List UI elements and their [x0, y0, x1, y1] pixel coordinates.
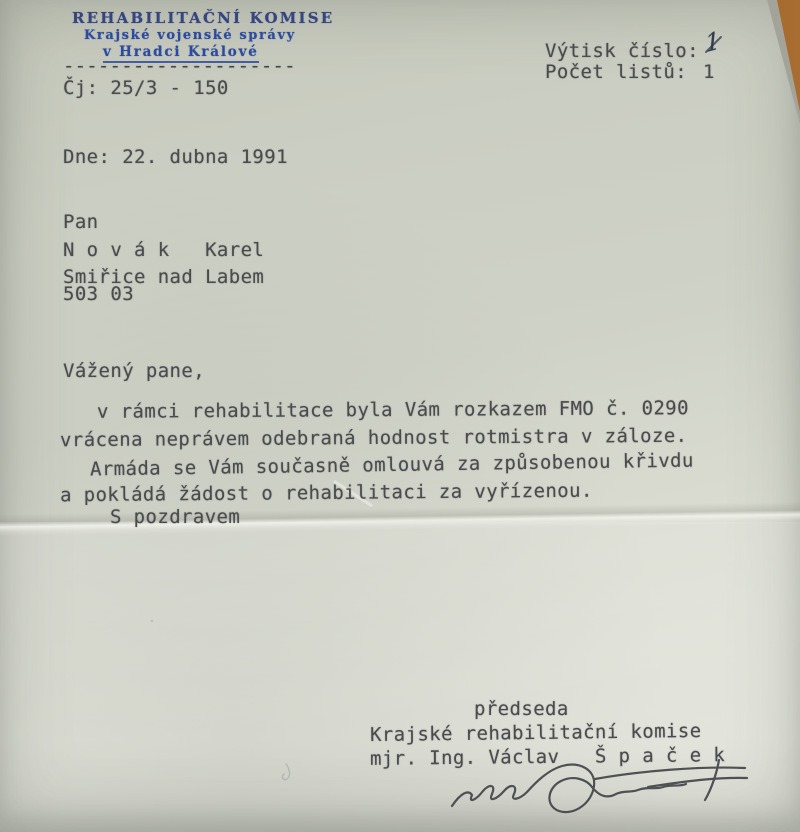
body-line: Armáda se Vám současně omlouvá za způsob… — [90, 450, 694, 481]
recipient-title: Pan — [63, 211, 99, 233]
date-line: Dne: 22. dubna 1991 — [63, 146, 288, 168]
closing-phrase: S pozdravem — [110, 506, 240, 528]
stamp-org-unit: Krajské vojenské správy — [84, 28, 296, 43]
signer-title: předseda — [474, 698, 569, 720]
paper-speck — [151, 620, 153, 622]
sheet-count-value: 1 — [703, 61, 715, 83]
recipient-postal-code: 503 03 — [63, 283, 134, 305]
salutation: Vážený pane, — [63, 360, 205, 382]
below-fold-lighting — [0, 522, 800, 832]
pencil-mark-icon — [283, 764, 290, 780]
body-line: v rámci rehabilitace byla Vám rozkazem F… — [97, 397, 689, 423]
copy-number-value-handwritten: 1 — [704, 29, 721, 55]
signer-name: mjr. Ing. Václav Š p a č e k — [370, 744, 725, 770]
scanned-letter-photo: REHABILITAČNÍ KOMISE Krajské vojenské sp… — [0, 0, 800, 832]
body-line: a pokládá žádost o rehabilitaci za vyříz… — [60, 480, 593, 507]
recipient-name: N o v á k Karel — [63, 239, 264, 261]
stamp-org-name: REHABILITAČNÍ KOMISE — [72, 9, 334, 27]
sheet-count-label: Počet listů: — [545, 61, 687, 83]
body-line: vrácena neprávem odebraná hodnost rotmis… — [60, 425, 688, 451]
reference-number: Čj: 25/3 - 150 — [63, 77, 229, 99]
typed-dashed-line: -------------------- — [63, 55, 296, 77]
signer-organization: Krajské rehabilitační komise — [370, 720, 702, 746]
copy-number-label: Výtisk číslo: — [545, 40, 699, 62]
